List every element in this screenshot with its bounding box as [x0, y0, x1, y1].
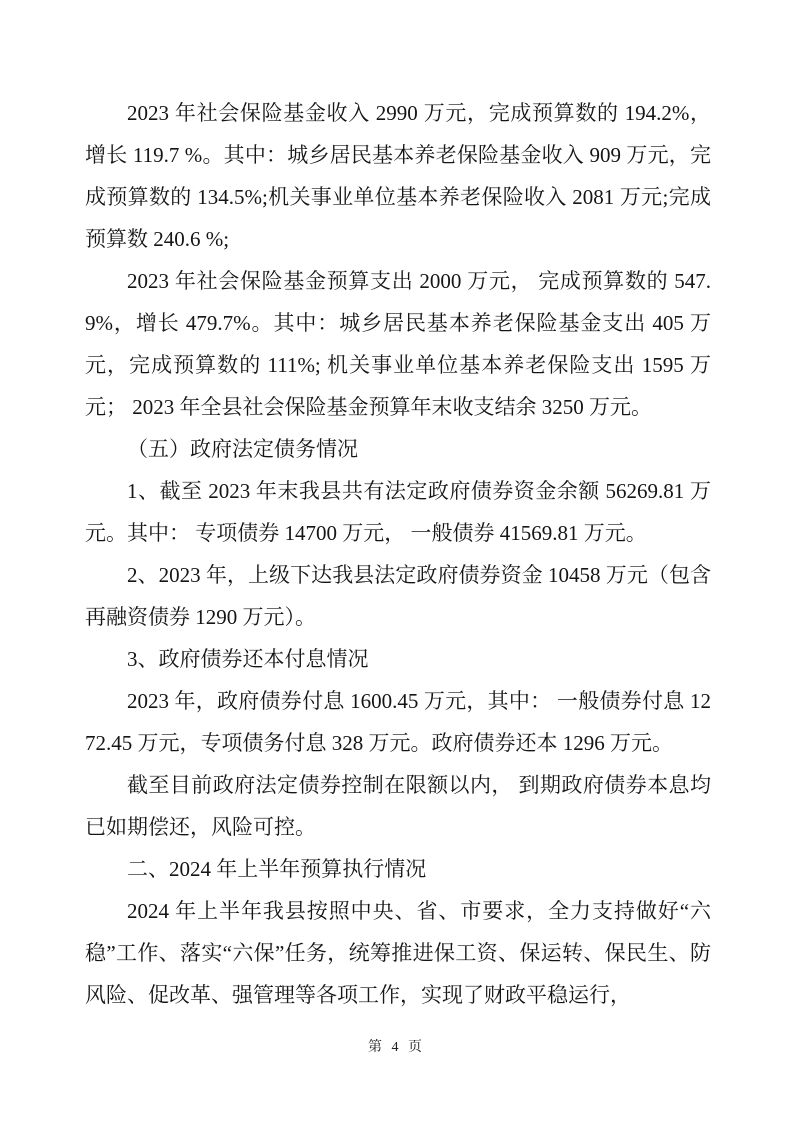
- page-number-label: 第 4 页: [368, 1040, 425, 1055]
- paragraph-social-insurance-expenditure: 2023 年社会保险基金预算支出 2000 万元， 完成预算数的 547.9%，…: [85, 260, 711, 428]
- paragraph-2024-h1-overview: 2024 年上半年我县按照中央、省、市要求，全力支持做好“六稳”工作、落实“六保…: [85, 890, 711, 1016]
- paragraph-debt-bonds-issued-2023: 2、2023 年，上级下达我县法定政府债券资金 10458 万元（包含再融资债券…: [85, 554, 711, 638]
- heading-section-2-2024-h1-budget-execution: 二、2024 年上半年预算执行情况: [85, 848, 711, 890]
- paragraph-debt-bond-balance: 1、截至 2023 年末我县共有法定政府债券资金余额 56269.81 万元。其…: [85, 470, 711, 554]
- paragraph-bond-interest-payments: 2023 年，政府债券付息 1600.45 万元，其中： 一般债券付息 1272…: [85, 680, 711, 764]
- paragraph-debt-risk-control: 截至目前政府法定债券控制在限额以内， 到期政府债券本息均已如期偿还，风险可控。: [85, 764, 711, 848]
- page-number-footer: 第 4 页: [0, 1036, 793, 1056]
- heading-section-5-government-legal-debt: （五）政府法定债务情况: [85, 428, 711, 470]
- document-body: 2023 年社会保险基金收入 2990 万元，完成预算数的 194.2%，增长 …: [85, 92, 711, 1016]
- paragraph-social-insurance-income: 2023 年社会保险基金收入 2990 万元，完成预算数的 194.2%，增长 …: [85, 92, 711, 260]
- heading-bond-principal-interest-repayment: 3、政府债券还本付息情况: [85, 638, 711, 680]
